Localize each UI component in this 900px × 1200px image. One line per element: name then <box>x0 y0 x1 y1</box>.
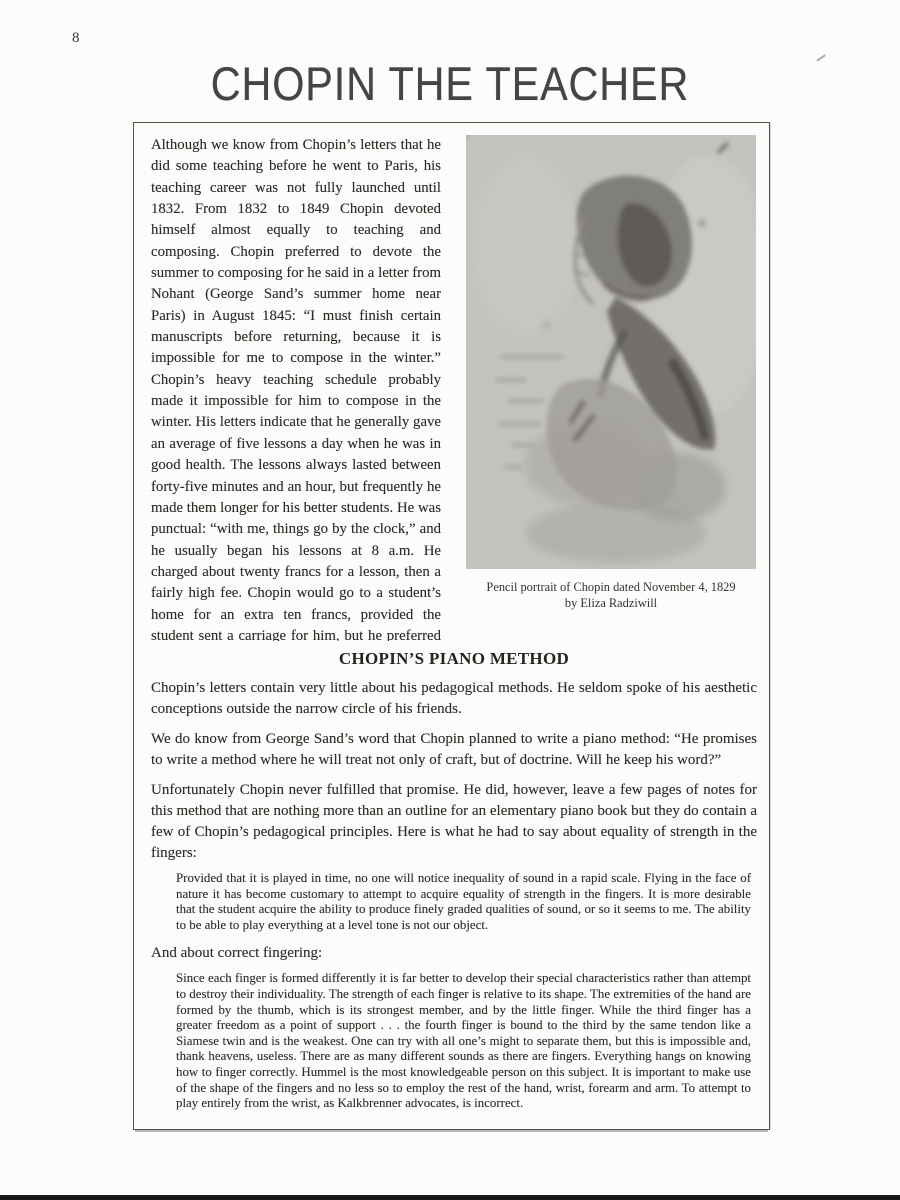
intro-paragraph: Although we know from Chopin’s letters t… <box>151 135 441 641</box>
portrait-caption: Pencil portrait of Chopin dated November… <box>486 579 735 611</box>
section-heading: CHOPIN’S PIANO METHOD <box>151 649 757 669</box>
fingering-lead-paragraph: And about correct fingering: <box>151 943 757 964</box>
page-title: CHOPIN THE TEACHER <box>54 56 846 111</box>
chopin-quote-fingering: Since each finger is formed differently … <box>176 971 751 1111</box>
section-paragraph-3: Unfortunately Chopin never fulfilled tha… <box>151 780 757 864</box>
intro-and-portrait-row: Although we know from Chopin’s letters t… <box>151 135 757 641</box>
chopin-quote-equality: Provided that it is played in time, no o… <box>176 871 751 933</box>
chopin-portrait-image <box>466 135 756 569</box>
page-number: 8 <box>72 30 80 47</box>
page-bottom-scan-bar <box>0 1195 900 1200</box>
article-frame: Although we know from Chopin’s letters t… <box>133 122 770 1130</box>
portrait-figure: Pencil portrait of Chopin dated November… <box>465 135 757 641</box>
portrait-caption-line2: by Eliza Radziwill <box>486 595 735 611</box>
portrait-caption-line1: Pencil portrait of Chopin dated November… <box>486 579 735 595</box>
section-paragraph-1: Chopin’s letters contain very little abo… <box>151 678 757 720</box>
section-paragraph-2: We do know from George Sand’s word that … <box>151 729 757 771</box>
scanned-book-page: 8 CHOPIN THE TEACHER Although we know fr… <box>0 0 900 1200</box>
